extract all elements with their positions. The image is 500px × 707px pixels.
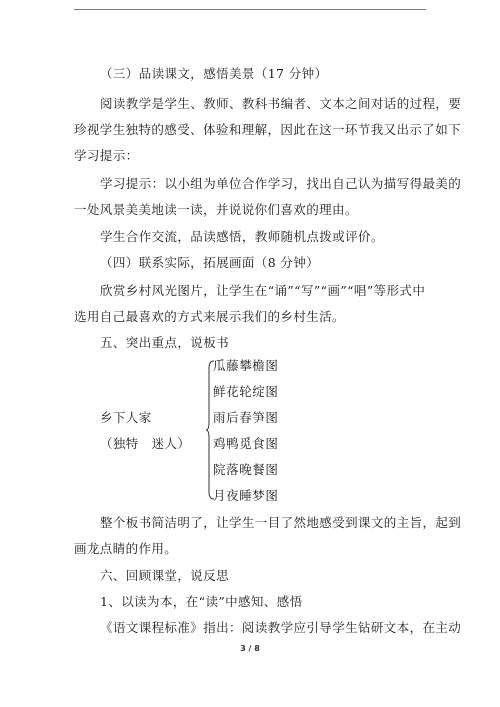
board-item: 月夜睡梦图 xyxy=(213,486,279,504)
text-line: 整个板书简洁明了，让学生一目了然地感受到课文的主旨，起到 xyxy=(100,515,461,531)
text-line: 选用自己最喜欢的方式来展示我们的乡村生活。 xyxy=(74,309,345,325)
text-line: 《语文课程标准》指出：阅读教学应引导学生钻研文本，在主动 xyxy=(100,620,461,636)
board-item: 院落晚餐图 xyxy=(213,460,279,478)
text-line: 珍视学生独特的感受、体验和理解，因此在这一环节我又出示了如下 xyxy=(74,122,461,138)
text-line: 五、突出重点，说板书 xyxy=(100,335,229,351)
text-line: 学习提示：以小组为单位合作学习，找出自己认为描写得最美的 xyxy=(100,176,461,192)
text-line: （四）联系实际，拓展画面（8 分钟） xyxy=(100,255,319,271)
text-line: 欣赏乡村风光图片，让学生在“诵”“写”“画”“唱”等形式中 xyxy=(100,283,425,299)
text-line: 学习提示： xyxy=(74,148,139,164)
curly-brace-icon xyxy=(205,360,215,500)
text-line: （三）品读课文，感悟美景（17 分钟） xyxy=(100,66,327,82)
text-line: 1、以读为本，在“读”中感知、感悟 xyxy=(100,594,303,610)
board-item: 雨后春笋图 xyxy=(213,408,279,426)
board-item: 鸡鸭觅食图 xyxy=(213,434,279,452)
text-line: 画龙点睛的作用。 xyxy=(74,541,177,557)
text-line: 一处风景美美地读一读，并说说你们喜欢的理由。 xyxy=(74,202,358,218)
top-rule xyxy=(74,9,426,10)
page-number: 3 / 8 xyxy=(0,644,500,653)
text-line: 学生合作交流，品读感悟，教师随机点拨或评价。 xyxy=(100,229,384,245)
text-line: 乡下人家 xyxy=(100,410,152,426)
text-line: （独特 迷人） xyxy=(100,436,190,452)
text-line: 阅读教学是学生、教师、教科书编者、文本之间对话的过程，要 xyxy=(100,96,461,112)
board-item: 瓜藤攀檐图 xyxy=(213,356,279,374)
board-item: 鲜花轮绽图 xyxy=(213,382,279,400)
text-line: 六、回顾课堂，说反思 xyxy=(100,568,229,584)
